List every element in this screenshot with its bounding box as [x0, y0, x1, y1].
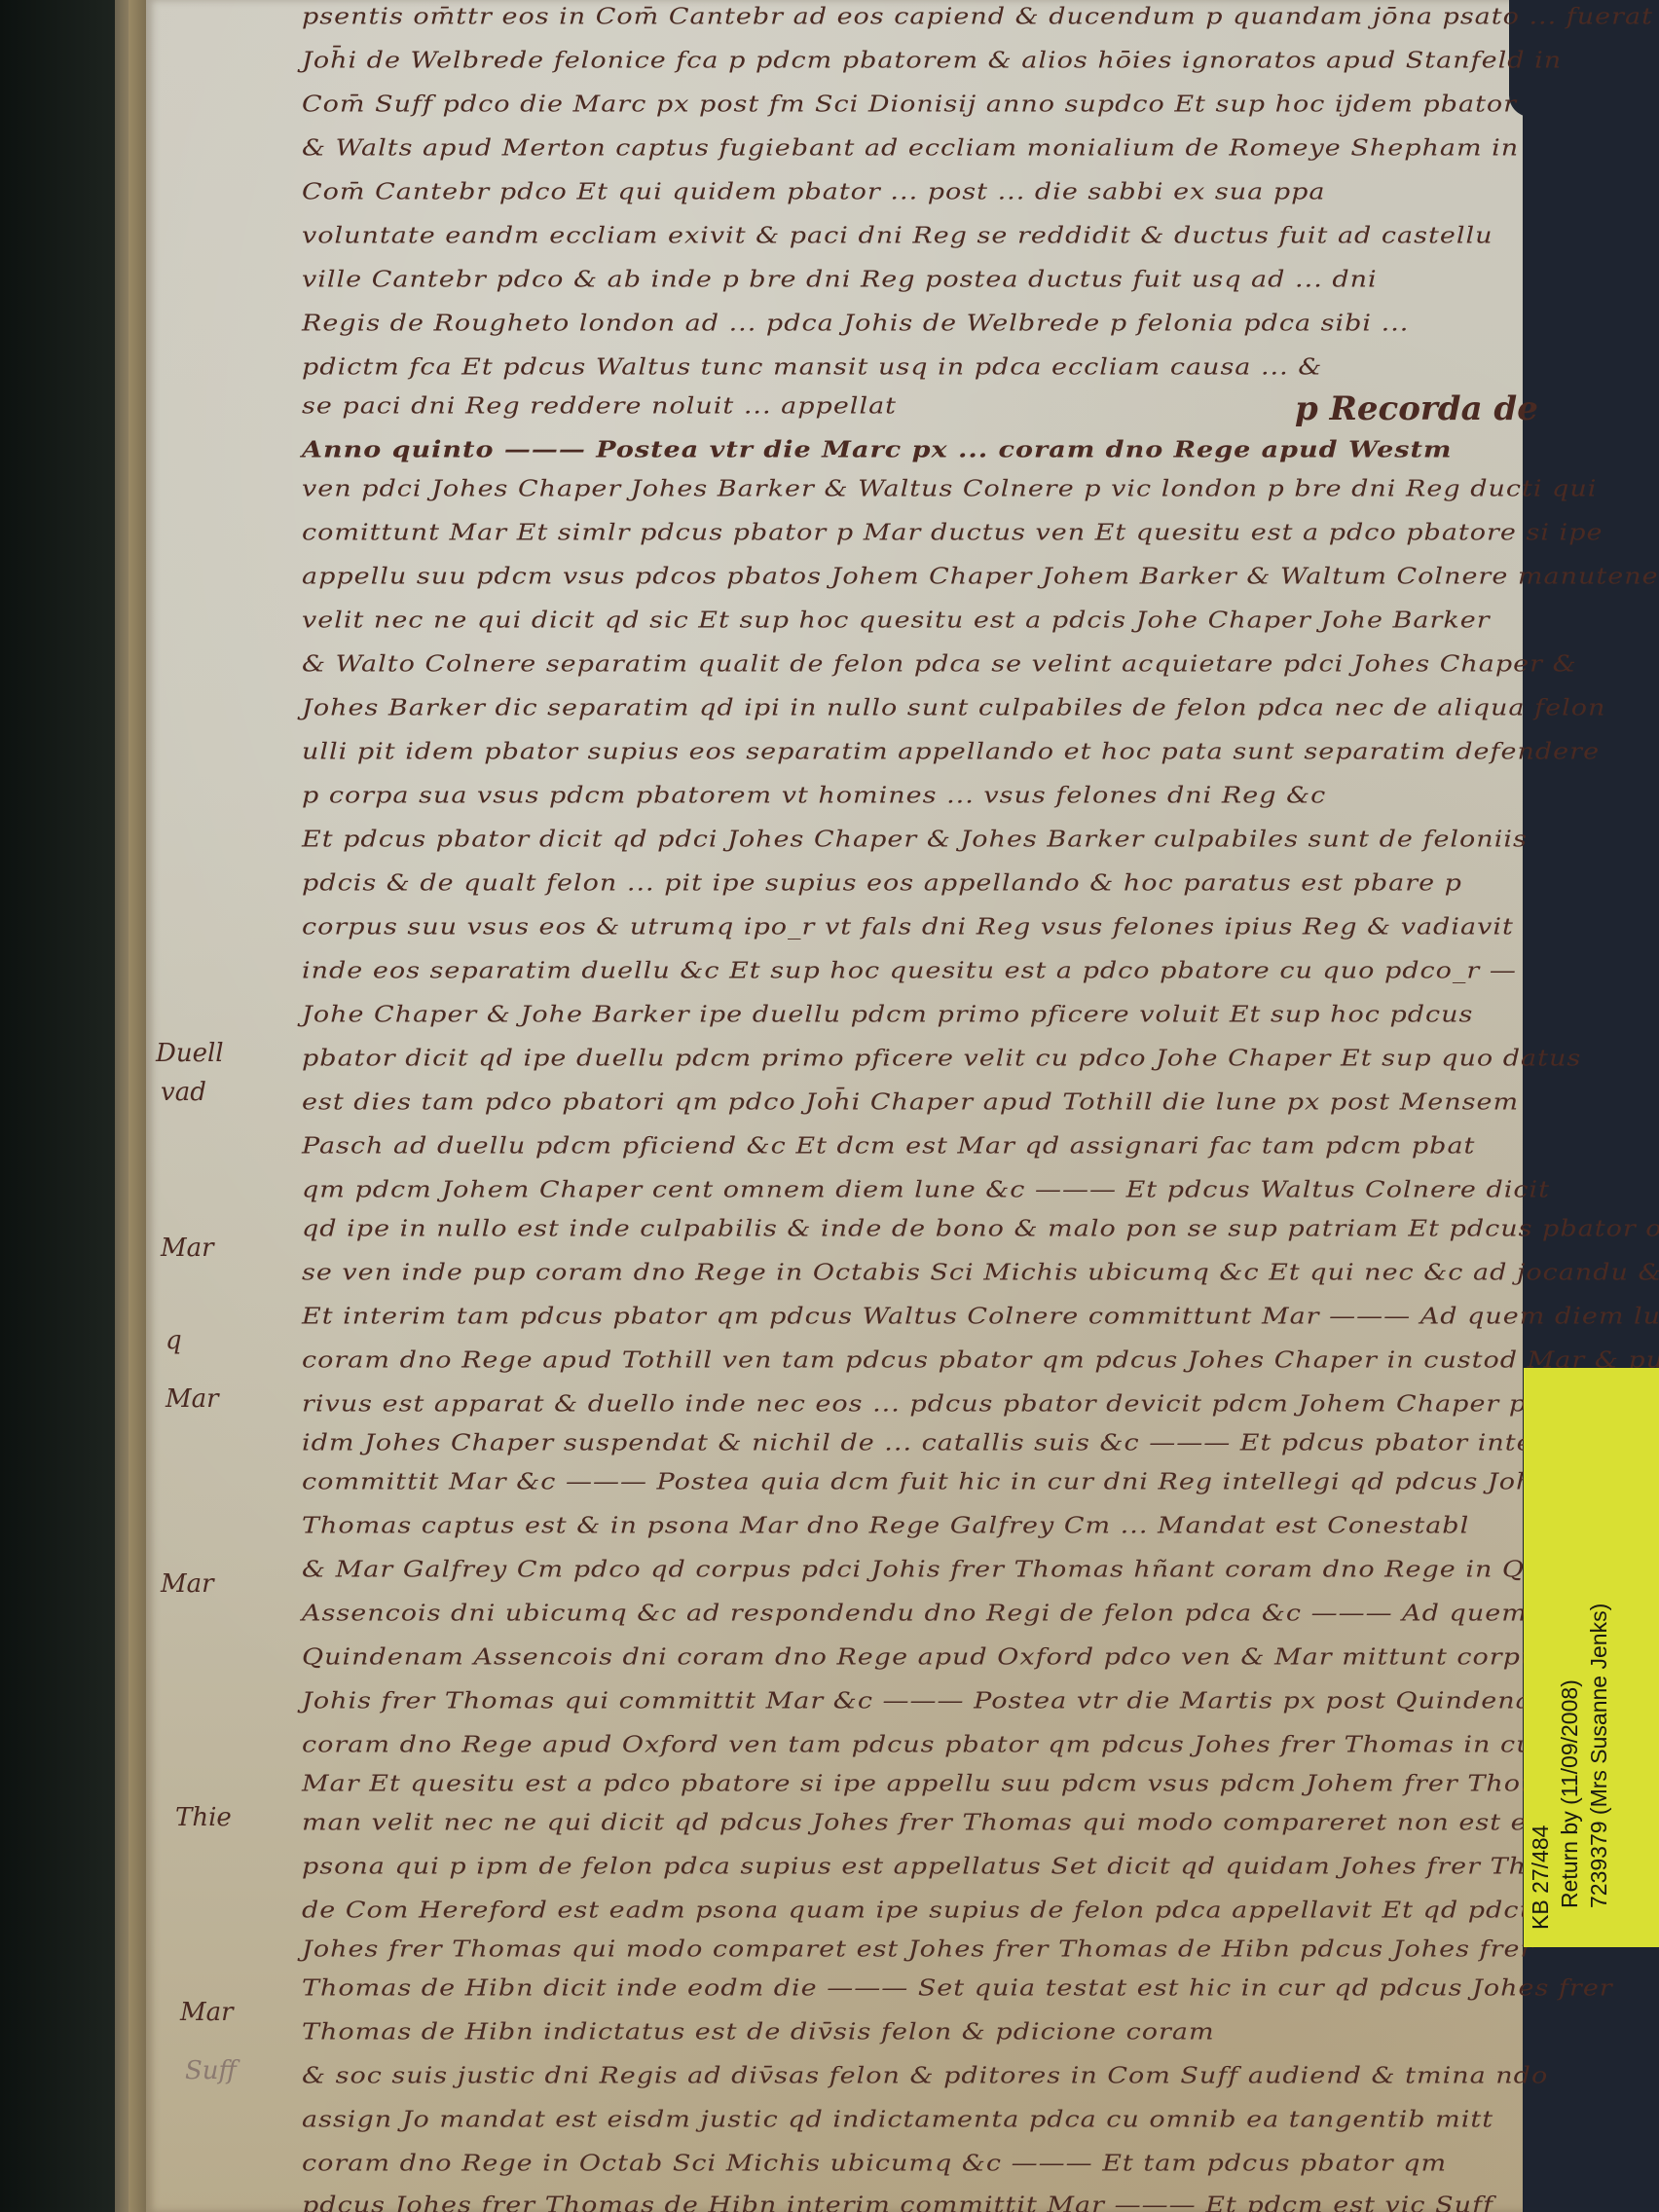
manuscript-line: ulli pit idem pbator supius eos separati…: [302, 739, 1600, 764]
manuscript-line: coram dno Rege apud Oxford ven tam pdcus…: [302, 1732, 1621, 1757]
manuscript-line: se ven inde pup coram dno Rege in Octabi…: [302, 1260, 1659, 1285]
manuscript-line: coram dno Rege apud Tothill ven tam pdcu…: [302, 1347, 1659, 1373]
margin-note: Thie: [175, 1803, 232, 1832]
manuscript-line: voluntate eandm eccliam exivit & paci dn…: [302, 223, 1493, 248]
margin-note: Duell: [156, 1039, 224, 1068]
manuscript-line: Thomas de Hibn dicit inde eodm die ——— S…: [302, 1975, 1613, 2001]
right-heading: p Recorda de: [1295, 389, 1538, 428]
manuscript-line: Thomas de Hibn indictatus est de div̄sis…: [302, 2019, 1215, 2045]
margin-note: Mar: [161, 1234, 214, 1263]
manuscript-line: assign Jo mandat est eisdm justic qd ind…: [302, 2107, 1493, 2132]
manuscript-line: Johe Chaper & Johe Barker ipe duellu pdc…: [302, 1002, 1473, 1027]
manuscript-line: idm Johes Chaper suspendat & nichil de .…: [302, 1430, 1582, 1456]
stacked-membrane-edge: [115, 0, 129, 2212]
margin-note: Mar: [180, 1998, 234, 2027]
manuscript-line: & soc suis justic dni Regis ad div̄sas f…: [302, 2063, 1548, 2088]
slip-reference: KB 27/484: [1526, 1368, 1555, 1930]
manuscript-line: Et interim tam pdcus pbator qm pdcus Wal…: [302, 1304, 1659, 1329]
manuscript-line: Com̄ Cantebr pdco Et qui quidem pbator .…: [302, 179, 1326, 204]
manuscript-line: Mar Et quesitu est a pdco pbatore si ipe…: [302, 1771, 1578, 1796]
manuscript-line: & Walts apud Merton captus fugiebant ad …: [302, 135, 1519, 161]
slip-reader: 7239379 (Mrs Susanne Jenks): [1584, 1368, 1613, 1908]
margin-note: Mar: [161, 1569, 214, 1599]
margin-note: q: [166, 1326, 182, 1355]
manuscript-line: psona qui p ipm de felon pdca supius est…: [302, 1854, 1601, 1879]
manuscript-line: Et pdcus pbator dicit qd pdci Johes Chap…: [302, 827, 1528, 852]
manuscript-line: qd ipe in nullo est inde culpabilis & in…: [302, 1216, 1659, 1241]
manuscript-line: p corpa sua vsus pdcm pbatorem vt homine…: [302, 783, 1326, 808]
manuscript-line: comittunt Mar Et simlr pdcus pbator p Ma…: [302, 520, 1603, 545]
slip-return-date: Return by (11/09/2008): [1555, 1368, 1584, 1908]
manuscript-line: Johis frer Thomas qui committit Mar &c —…: [302, 1688, 1644, 1714]
margin-note: Mar: [166, 1384, 219, 1414]
manuscript-line: Johes Barker dic separatim qd ipi in nul…: [302, 695, 1605, 720]
manuscript-line: Quindenam Assencois dni coram dno Rege a…: [302, 1644, 1623, 1670]
manuscript-line: est dies tam pdco pbatori qm pdco Joh̄i …: [302, 1089, 1519, 1115]
manuscript-line: inde eos separatim duellu &c Et sup hoc …: [302, 958, 1517, 983]
manuscript-line: pdcus Johes frer Thomas de Hibn interim …: [302, 2193, 1493, 2212]
manuscript-line: committit Mar &c ——— Postea quia dcm fui…: [302, 1469, 1629, 1494]
manuscript-line: de Com Hereford est eadm psona quam ipe …: [302, 1898, 1552, 1923]
manuscript-line: & Mar Galfrey Cm pdco qd corpus pdci Joh…: [302, 1557, 1639, 1582]
manuscript-line: velit nec ne qui dicit qd sic Et sup hoc…: [302, 608, 1491, 633]
manuscript-line: pdcis & de qualt felon ... pit ipe supiu…: [302, 870, 1462, 896]
manuscript-line: rivus est apparat & duello inde nec eos …: [302, 1391, 1527, 1417]
manuscript-line: Anno quinto ——— Postea vtr die Marc px .…: [302, 437, 1453, 462]
manuscript-line: Pasch ad duellu pdcm pficiend &c Et dcm …: [302, 1133, 1475, 1159]
margin-note: Suff: [185, 2056, 237, 2085]
manuscript-line: Com̄ Suff pdco die Marc px post fm Sci D…: [302, 92, 1517, 117]
manuscript-line: & Walto Colnere separatim qualit de felo…: [302, 651, 1577, 677]
manuscript-line: ven pdci Johes Chaper Johes Barker & Wal…: [302, 476, 1597, 501]
manuscript-line: psentis om̄ttr eos in Com̄ Cantebr ad eo…: [302, 4, 1659, 29]
manuscript-line: pdictm fca Et pdcus Waltus tunc mansit u…: [302, 354, 1322, 380]
slip-text: KB 27/484 Return by (11/09/2008) 7239379…: [1524, 1368, 1659, 1947]
manuscript-line: appellu suu pdcm vsus pdcos pbatos Johem…: [302, 564, 1659, 589]
stacked-membrane-edge: [129, 0, 146, 2212]
manuscript-line: Thomas captus est & in psona Mar dno Reg…: [302, 1513, 1469, 1538]
manuscript-line: man velit nec ne qui dicit qd pdcus Johe…: [302, 1810, 1588, 1835]
manuscript-line: se paci dni Reg reddere noluit ... appel…: [302, 393, 897, 419]
manuscript-line: qm pdcm Johem Chaper cent omnem diem lun…: [302, 1177, 1550, 1202]
manuscript-line: corpus suu vsus eos & utrumq ipo_r vt fa…: [302, 914, 1514, 940]
manuscript-line: Assencois dni ubicumq &c ad respondendu …: [302, 1601, 1528, 1626]
archive-slip: KB 27/484 Return by (11/09/2008) 7239379…: [1524, 1368, 1659, 1947]
manuscript-line: coram dno Rege in Octab Sci Michis ubicu…: [302, 2151, 1447, 2176]
manuscript-line: Johes frer Thomas qui modo comparet est …: [302, 1936, 1533, 1962]
margin-note: vad: [161, 1078, 206, 1107]
manuscript-line: Regis de Rougheto london ad ... pdca Joh…: [302, 311, 1409, 336]
manuscript-line: pbator dicit qd ipe duellu pdcm primo pf…: [302, 1046, 1581, 1071]
manuscript-line: ville Cantebr pdco & ab inde p bre dni R…: [302, 267, 1378, 292]
manuscript-line: Joh̄i de Welbrede felonice fca p pdcm pb…: [302, 48, 1562, 73]
